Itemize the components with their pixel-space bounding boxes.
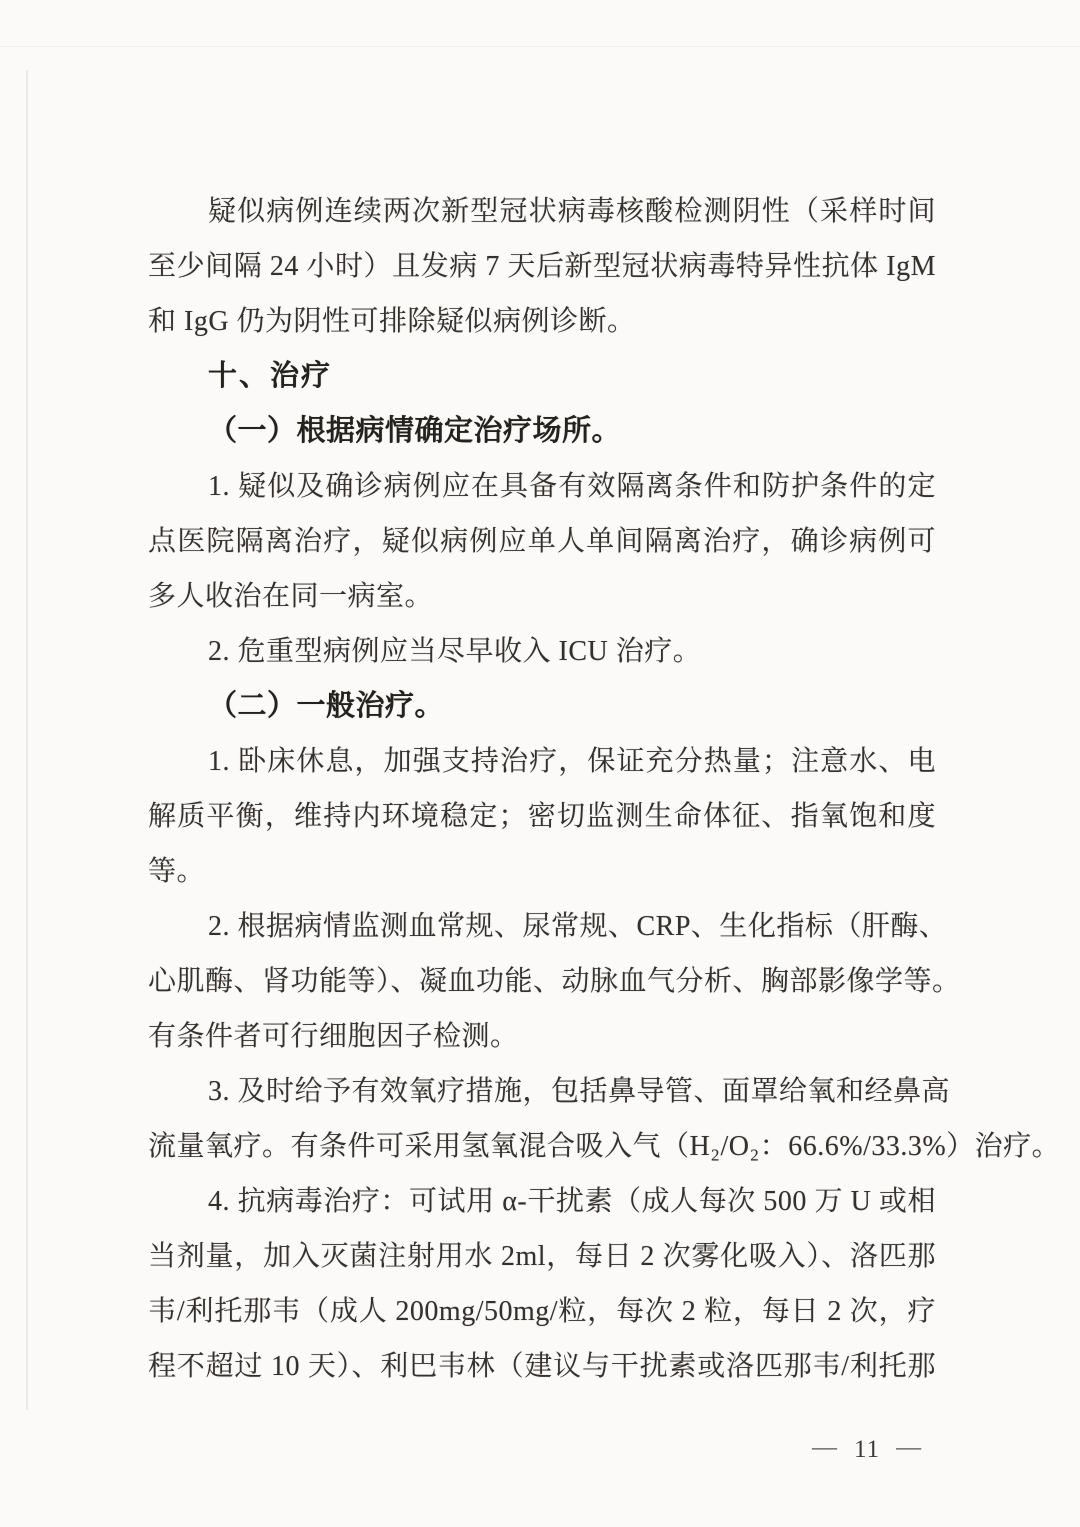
paragraph-line: 3. 及时给予有效氧疗措施，包括鼻导管、面罩给氧和经鼻高 <box>148 1064 936 1119</box>
paragraph-line: 2. 危重型病例应当尽早收入 ICU 治疗。 <box>148 624 936 679</box>
paragraph-line: 流量氧疗。有条件可采用氢氧混合吸入气（H₂/O₂：66.6%/33.3%）治疗。 <box>148 1119 936 1174</box>
paragraph-line: 1. 疑似及确诊病例应在具备有效隔离条件和防护条件的定 <box>148 459 936 514</box>
footer-right-dash: — <box>896 1434 922 1462</box>
scan-edge-artifact <box>26 70 28 1410</box>
scan-edge-artifact <box>0 46 1080 47</box>
paragraph-line: 多人收治在同一病室。 <box>148 569 936 624</box>
subheading-general-treatment: （二）一般治疗。 <box>148 679 936 734</box>
paragraph-line: 4. 抗病毒治疗：可试用 α-干扰素（成人每次 500 万 U 或相 <box>148 1174 936 1229</box>
paragraph-line: 等。 <box>148 844 936 899</box>
paragraph-line: 程不超过 10 天）、利巴韦林（建议与干扰素或洛匹那韦/利托那 <box>148 1339 936 1394</box>
paragraph-line: 有条件者可行细胞因子检测。 <box>148 1009 936 1064</box>
subheading-treatment-location: （一）根据病情确定治疗场所。 <box>148 404 936 459</box>
paragraph-line: 至少间隔 24 小时）且发病 7 天后新型冠状病毒特异性抗体 IgM <box>148 239 936 294</box>
paragraph-line: 2. 根据病情监测血常规、尿常规、CRP、生化指标（肝酶、 <box>148 899 936 954</box>
footer-left-dash: — <box>812 1434 838 1462</box>
paragraph-line: 1. 卧床休息，加强支持治疗，保证充分热量；注意水、电 <box>148 734 936 789</box>
footer-page-number: 11 <box>854 1436 880 1464</box>
document-body: 疑似病例连续两次新型冠状病毒核酸检测阴性（采样时间 至少间隔 24 小时）且发病… <box>148 184 936 1394</box>
paragraph-line: 疑似病例连续两次新型冠状病毒核酸检测阴性（采样时间 <box>148 184 936 239</box>
paragraph-line: 心肌酶、肾功能等）、凝血功能、动脉血气分析、胸部影像学等。 <box>148 954 936 1009</box>
paragraph-line: 和 IgG 仍为阴性可排除疑似病例诊断。 <box>148 294 936 349</box>
paragraph-line: 当剂量，加入灭菌注射用水 2ml，每日 2 次雾化吸入）、洛匹那 <box>148 1229 936 1284</box>
paragraph-line: 韦/利托那韦（成人 200mg/50mg/粒，每次 2 粒，每日 2 次，疗 <box>148 1284 936 1339</box>
paragraph-line: 点医院隔离治疗，疑似病例应单人单间隔离治疗，确诊病例可 <box>148 514 936 569</box>
heading-section-10-treatment: 十、治疗 <box>148 349 936 404</box>
page-number: — 11 — <box>812 1436 922 1464</box>
paragraph-line: 解质平衡，维持内环境稳定；密切监测生命体征、指氧饱和度 <box>148 789 936 844</box>
